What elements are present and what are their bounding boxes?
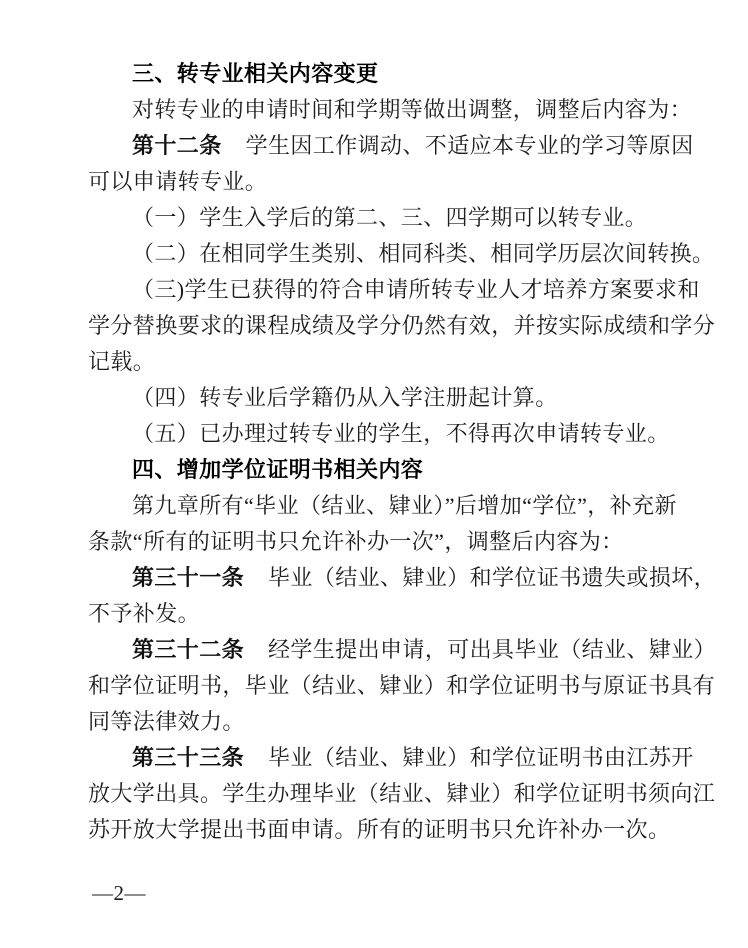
document-body: 三、转专业相关内容变更 对转专业的申请时间和学期等做出调整，调整后内容为： 第十…	[88, 56, 704, 848]
text-line: 苏开放大学提出书面申请。所有的证明书只允许补办一次。	[88, 812, 704, 848]
text-segment: 学生因工作调动、不适应本专业的学习等原因	[246, 133, 694, 158]
text-line: 第三十二条经学生提出申请，可出具毕业（结业、肄业）	[88, 632, 704, 668]
text-line: 和学位证明书，毕业（结业、肄业）和学位证明书与原证书具有	[88, 668, 704, 704]
text-line: （一）学生入学后的第二、三、四学期可以转专业。	[88, 200, 704, 236]
paragraph: 第三十二条经学生提出申请，可出具毕业（结业、肄业） 和学位证明书，毕业（结业、肄…	[88, 632, 704, 740]
section-heading: 四、增加学位证明书相关内容	[88, 452, 704, 488]
page-number: —2—	[92, 880, 146, 906]
text-line: 三、转专业相关内容变更	[88, 56, 704, 92]
text-line: （三)学生已获得的符合申请所转专业人才培养方案要求和	[88, 272, 704, 308]
paragraph: 对转专业的申请时间和学期等做出调整，调整后内容为：	[88, 92, 704, 128]
paragraph: 第九章所有“毕业（结业、肄业）”后增加“学位”，补充新 条款“所有的证明书只允许…	[88, 488, 704, 560]
text-line: （二）在相同学生类别、相同科类、相同学历层次间转换。	[88, 236, 704, 272]
article-number: 第三十一条	[132, 565, 244, 590]
text-line: 第三十一条毕业（结业、肄业）和学位证书遗失或损坏，	[88, 560, 704, 596]
text-segment: 毕业（结业、肄业）和学位证明书由江苏开	[268, 745, 694, 770]
text-line: 第三十三条毕业（结业、肄业）和学位证明书由江苏开	[88, 740, 704, 776]
paragraph: 第三十一条毕业（结业、肄业）和学位证书遗失或损坏， 不予补发。	[88, 560, 704, 632]
document-page: { "doc": { "paragraphs": [ { "style": "h…	[0, 0, 748, 948]
text-segment: 经学生提出申请，可出具毕业（结业、肄业）	[268, 637, 716, 662]
text-line: 学分替换要求的课程成绩及学分仍然有效，并按实际成绩和学分	[88, 308, 704, 344]
paragraph: （三)学生已获得的符合申请所转专业人才培养方案要求和 学分替换要求的课程成绩及学…	[88, 272, 704, 380]
text-line: 可以申请转专业。	[88, 164, 704, 200]
text-line: （五）已办理过转专业的学生，不得再次申请转专业。	[88, 416, 704, 452]
text-line: （四）转专业后学籍仍从入学注册起计算。	[88, 380, 704, 416]
text-line: 对转专业的申请时间和学期等做出调整，调整后内容为：	[88, 92, 704, 128]
article-number: 第三十二条	[132, 637, 244, 662]
paragraph: （二）在相同学生类别、相同科类、相同学历层次间转换。	[88, 236, 704, 272]
text-line: 条款“所有的证明书只允许补办一次”，调整后内容为：	[88, 524, 704, 560]
paragraph: 第三十三条毕业（结业、肄业）和学位证明书由江苏开 放大学出具。学生办理毕业（结业…	[88, 740, 704, 848]
text-segment: 毕业（结业、肄业）和学位证书遗失或损坏，	[268, 565, 716, 590]
paragraph: （四）转专业后学籍仍从入学注册起计算。	[88, 380, 704, 416]
paragraph: （一）学生入学后的第二、三、四学期可以转专业。	[88, 200, 704, 236]
text-line: 放大学出具。学生办理毕业（结业、肄业）和学位证明书须向江	[88, 776, 704, 812]
paragraph: （五）已办理过转专业的学生，不得再次申请转专业。	[88, 416, 704, 452]
text-line: 同等法律效力。	[88, 704, 704, 740]
paragraph: 第十二条学生因工作调动、不适应本专业的学习等原因 可以申请转专业。	[88, 128, 704, 200]
text-line: 记载。	[88, 344, 704, 380]
article-number: 第十二条	[132, 133, 222, 158]
text-line: 第九章所有“毕业（结业、肄业）”后增加“学位”，补充新	[88, 488, 704, 524]
section-heading: 三、转专业相关内容变更	[88, 56, 704, 92]
text-line: 第十二条学生因工作调动、不适应本专业的学习等原因	[88, 128, 704, 164]
text-line: 不予补发。	[88, 596, 704, 632]
article-number: 第三十三条	[132, 745, 244, 770]
text-line: 四、增加学位证明书相关内容	[88, 452, 704, 488]
